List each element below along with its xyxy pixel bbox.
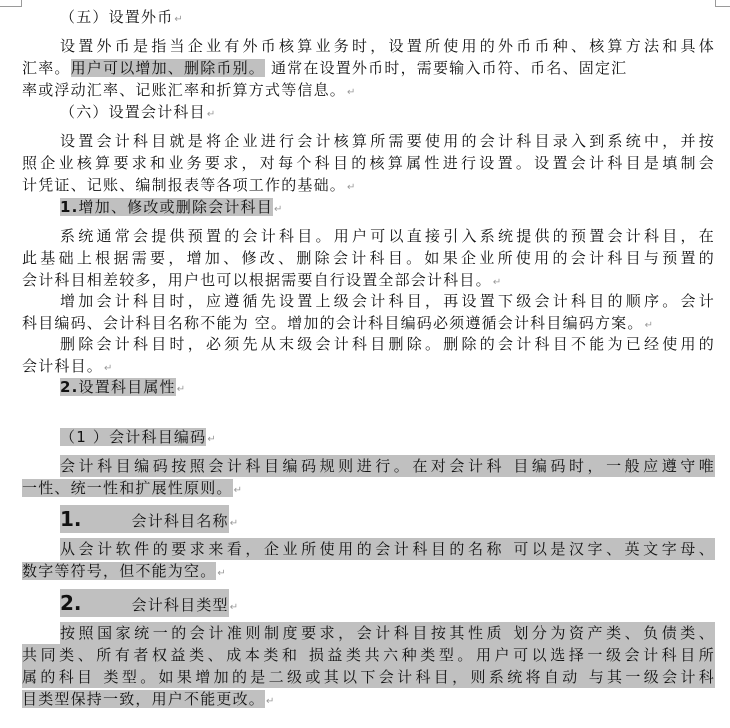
paragraph-line: 会计科目编码按照会计科目编码规则进行。在对会计科 目编码时，一般应遵守唯 xyxy=(60,455,715,477)
paragraph-line: 设置会计科目就是将企业进行会计核算所需要使用的会计科目录入到系统中，并按 xyxy=(60,130,715,152)
paragraph-line: 从会计软件的要求来看，企业所使用的会计科目的名称 可以是汉字、英文字母、 xyxy=(60,538,715,560)
paragraph-line: 科目编码、会计科目名称不能为 空。增加的会计科目编码必须遵循会计科目编码方案。↵ xyxy=(22,312,653,334)
paragraph-line: 属的科目 类型。如果增加的是二级或其以下会计科目，则系统将自动 与其一级会计科 xyxy=(22,666,715,688)
paragraph-mark-icon: ↵ xyxy=(217,568,225,579)
paragraph-line: 增加会计科目时，应遵循先设置上级会计科目，再设置下级会计科目的顺序。会计 xyxy=(60,290,715,312)
paragraph-mark-icon: ↵ xyxy=(104,363,112,374)
heading-section-6: （六）设置会计科目↵ xyxy=(60,101,215,123)
heading-item-1: （1 ）会计科目编码↵ xyxy=(60,426,216,448)
paragraph-line: 按照国家统一的会计准则制度要求，会计科目按其性质 划分为资产类、负债类、 xyxy=(60,622,715,644)
paragraph-line: 会计科目相差较多，用户也可以根据需要自行设置全部会计科目。↵ xyxy=(22,269,501,291)
paragraph-mark-icon: ↵ xyxy=(274,204,282,215)
paragraph-line: 会计科目。↵ xyxy=(22,355,112,377)
paragraph-mark-icon: ↵ xyxy=(266,696,274,707)
paragraph-line: 计凭证、记账、编制报表等各项工作的基础。↵ xyxy=(22,174,355,196)
paragraph-mark-icon: ↵ xyxy=(347,182,355,193)
crop-mark-top-left xyxy=(0,0,22,7)
paragraph-line: 系统通常会提供预置的会计科目。用户可以直接引入系统提供的预置会计科目，在 xyxy=(60,225,715,247)
paragraph-mark-icon: ↵ xyxy=(230,602,238,613)
paragraph-line: 目类型保持一致，用户不能更改。↵ xyxy=(22,688,274,710)
paragraph-line: 照企业核算要求和业务要求，对每个科目的核算属性进行设置。设置会计科目是填制会 xyxy=(22,152,715,174)
highlighted-text: 用户可以增加、删除币别。 xyxy=(71,59,265,77)
paragraph-mark-icon: ↵ xyxy=(230,518,238,529)
paragraph-mark-icon: ↵ xyxy=(174,14,182,25)
paragraph-mark-icon: ↵ xyxy=(645,320,653,331)
paragraph-line: 共同类、所有者权益类、成本类和 损益类共六种类型。用户可以选择一级会计科目所 xyxy=(22,644,715,666)
paragraph-mark-icon: ↵ xyxy=(493,277,501,288)
heading-item-2: 1.会计科目名称↵ xyxy=(60,505,238,533)
heading-section-5: （五）设置外币↵ xyxy=(60,6,183,28)
paragraph-mark-icon: ↵ xyxy=(207,109,215,120)
paragraph-line: 数字等符号，但不能为空。↵ xyxy=(22,560,226,582)
heading-subsection-1: 1.增加、修改或删除会计科目↵ xyxy=(60,196,282,218)
paragraph-mark-icon: ↵ xyxy=(177,384,185,395)
crop-mark-top-right xyxy=(715,0,730,7)
paragraph-line: 删除会计科目时，必须先从末级会计科目删除。删除的会计科目不能为已经使用的 xyxy=(60,333,715,355)
paragraph-line: 此基础上根据需要，增加、修改、删除会计科目。如果企业所使用的会计科目与预置的 xyxy=(22,247,715,269)
paragraph-line: 一性、统一性和扩展性原则。↵ xyxy=(22,477,242,499)
paragraph-mark-icon: ↵ xyxy=(347,87,355,98)
paragraph-mark-icon: ↵ xyxy=(234,485,242,496)
heading-subsection-2: 2.设置科目属性↵ xyxy=(60,376,185,398)
heading-item-3: 2.会计科目类型↵ xyxy=(60,589,238,617)
paragraph-line: 汇率。用户可以增加、删除币别。 通常在设置外币时，需要输入币符、币名、固定汇 xyxy=(22,57,627,79)
paragraph-line: 设置外币是指当企业有外币核算业务时，设置所使用的外币币种、核算方法和具体 xyxy=(60,35,715,57)
paragraph-mark-icon: ↵ xyxy=(207,434,215,445)
paragraph-line: 率或浮动汇率、记账汇率和折算方式等信息。↵ xyxy=(22,79,355,101)
